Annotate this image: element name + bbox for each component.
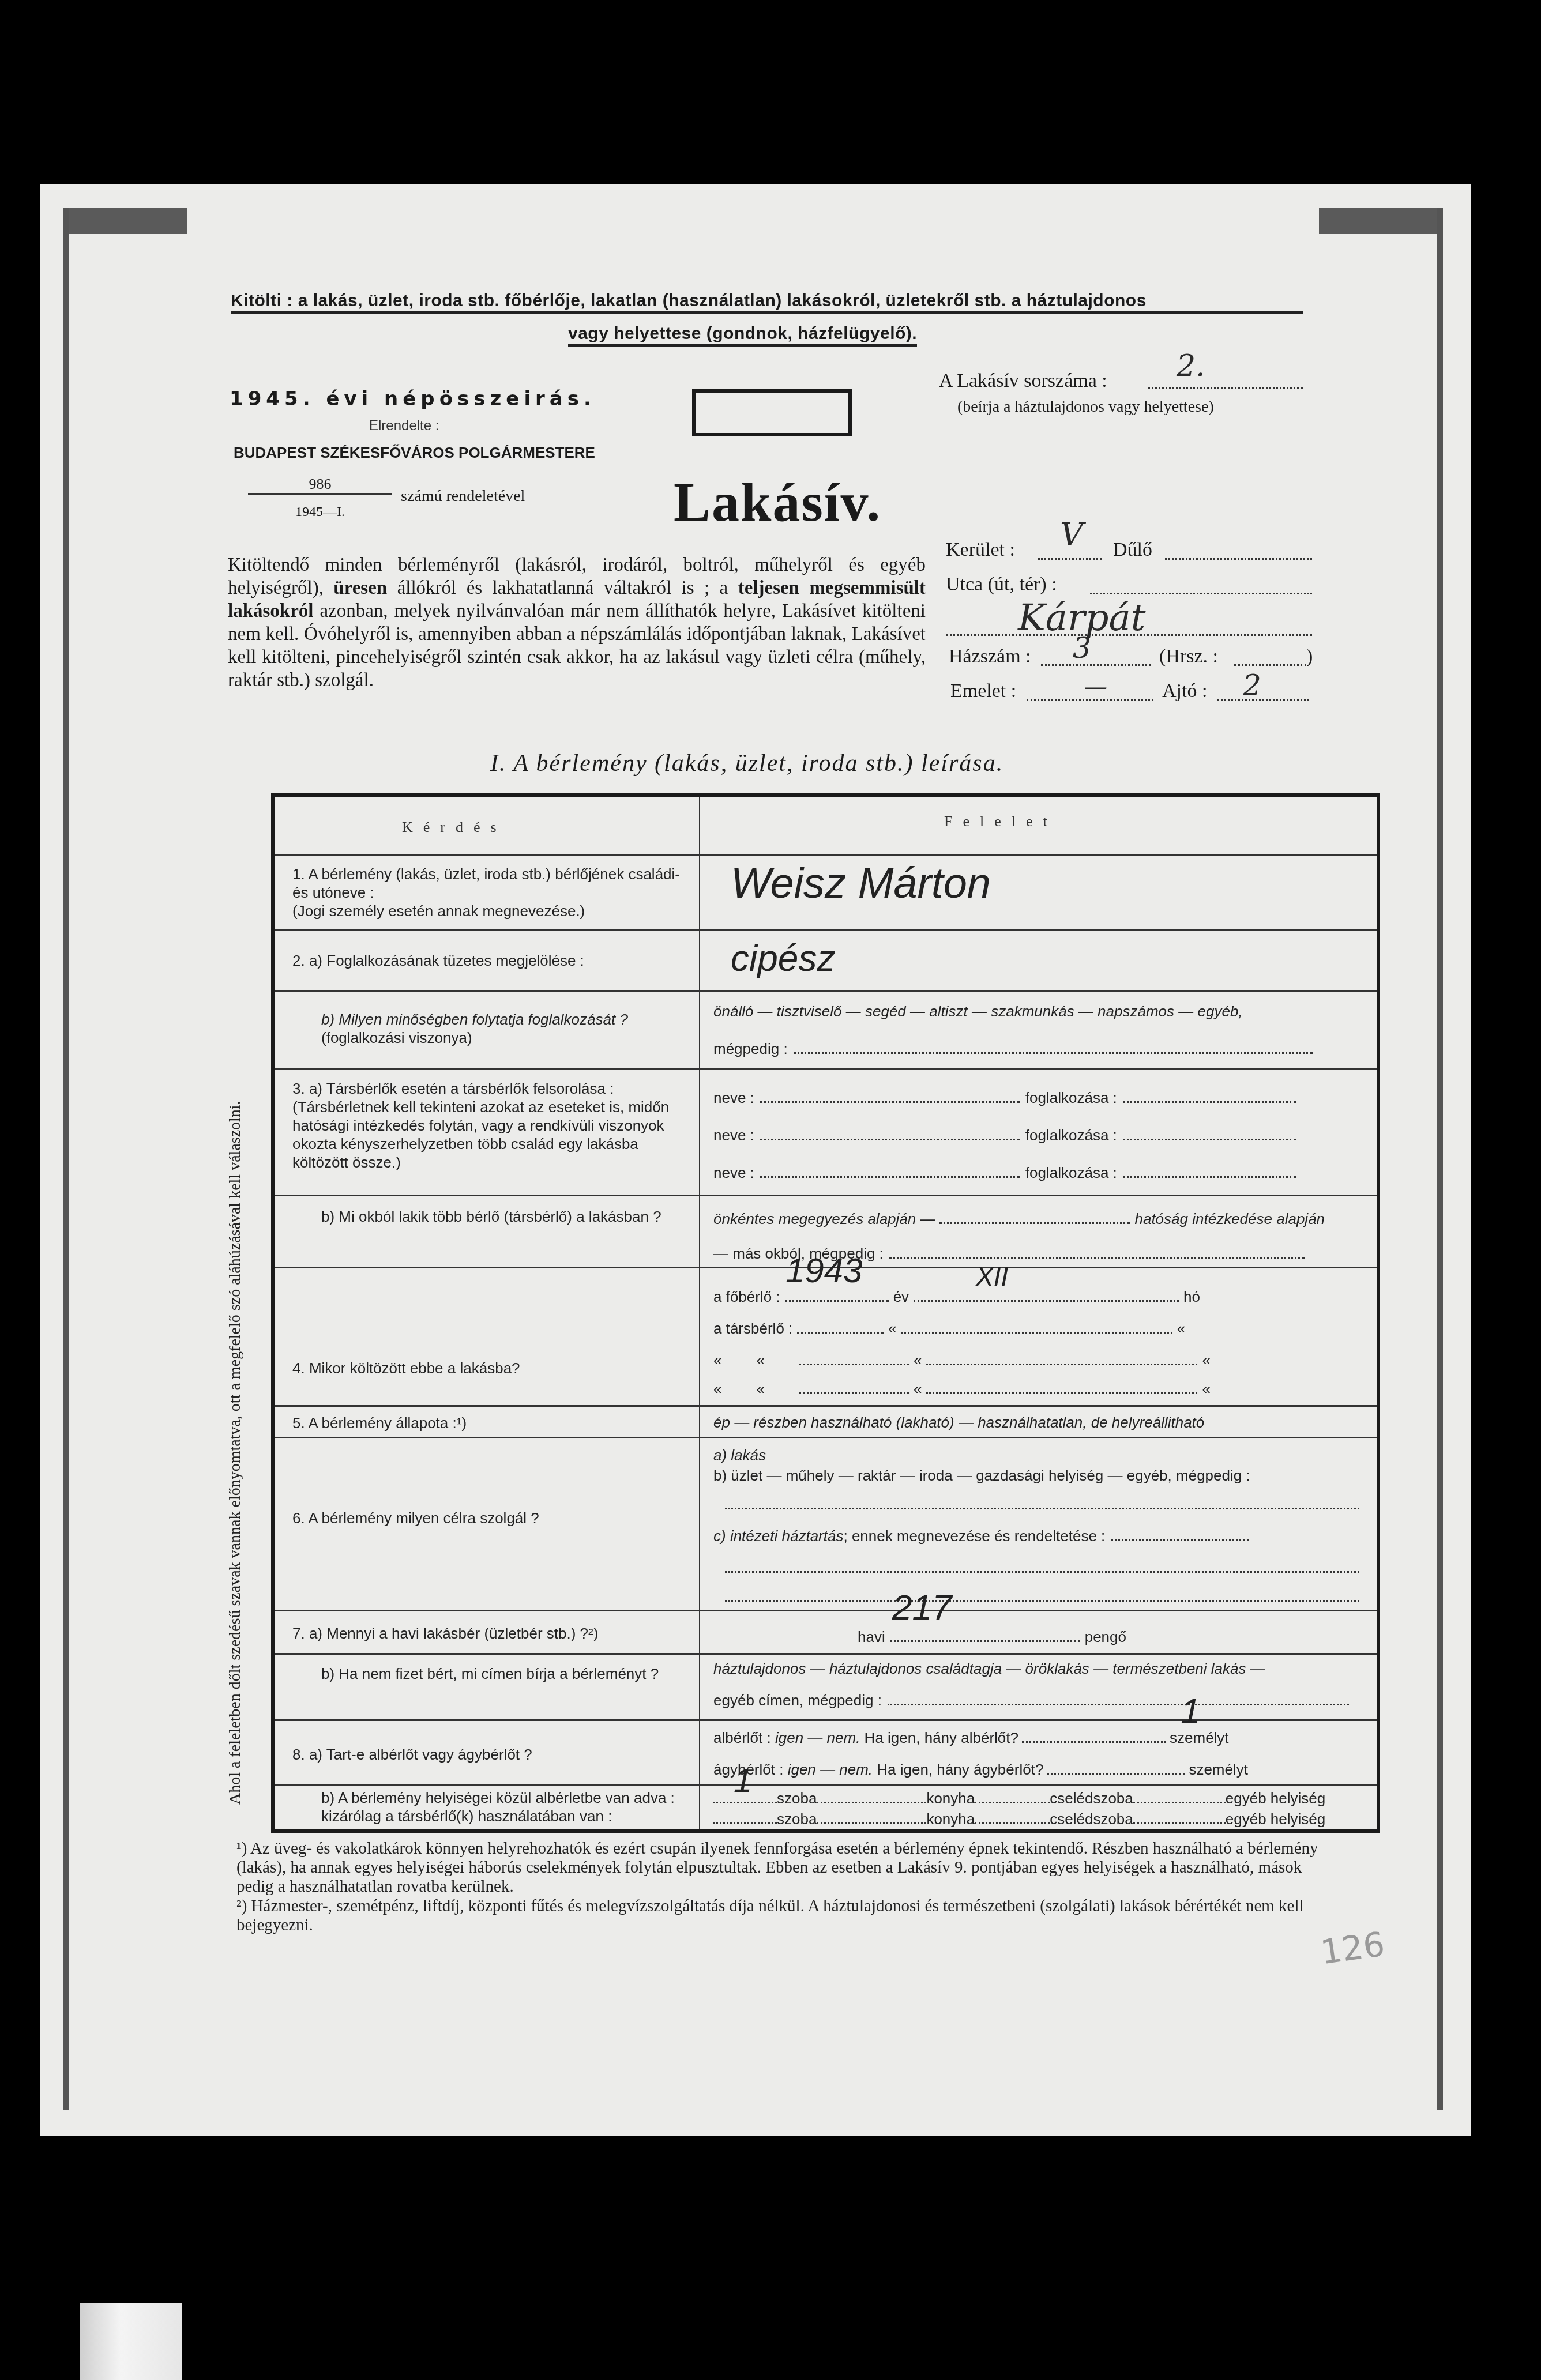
- hrsz-label: (Hrsz. :: [1159, 646, 1218, 668]
- right-edge-line: [1437, 208, 1443, 2110]
- answer-6c-field-1[interactable]: [713, 1558, 1365, 1577]
- answer-6c-institution[interactable]: c) intézeti háztartás; ennek megnevezése…: [713, 1526, 1365, 1546]
- answer-4-cotenant-3[interactable]: ««««: [713, 1379, 1365, 1399]
- question-3a: 3. a) Társbérlők esetén a társbérlők fel…: [292, 1079, 690, 1172]
- serial-note: (beírja a háztulajdonos vagy helyettese): [957, 398, 1214, 416]
- film-strip-edge: [80, 2303, 182, 2380]
- question-5: 5. A bérlemény állapota :¹): [292, 1414, 690, 1432]
- dulo-field[interactable]: [1165, 558, 1312, 560]
- questionnaire-table: Kérdés Felelet 1. A bérlemény (lakás, üz…: [271, 793, 1380, 1833]
- house-number-value: 3: [1073, 631, 1091, 665]
- hrsz-close: ): [1306, 646, 1313, 668]
- floor-label: Emelet :: [950, 680, 1016, 702]
- answer-7a-rent-value: 217: [892, 1598, 1365, 1618]
- door-value: 2: [1243, 669, 1261, 702]
- authority: BUDAPEST SZÉKESFŐVÁROS POLGÁRMESTERE: [234, 444, 595, 462]
- intro-text-2: állókról és lakhatatlanná váltakról is ;…: [397, 578, 728, 598]
- answer-3a-cotenant-1[interactable]: neve :foglalkozása :: [713, 1088, 1365, 1108]
- stamp-box[interactable]: [692, 389, 852, 436]
- answer-8a-subtenant[interactable]: albérlőt : igen — nem. Ha igen, hány alb…: [713, 1728, 1365, 1748]
- answer-3b-reason-line-1[interactable]: önkéntes megegyezés alapján —hatóság int…: [713, 1209, 1365, 1229]
- answer-6b-field[interactable]: [713, 1494, 1365, 1514]
- form-title: Lakásív.: [674, 470, 881, 534]
- street-field[interactable]: [1090, 593, 1312, 594]
- door-label: Ajtó :: [1162, 680, 1207, 702]
- answer-6a-dwelling[interactable]: a) lakás: [713, 1445, 1365, 1465]
- decree-year: 1945—I.: [248, 504, 392, 520]
- answer-4-main-tenant[interactable]: a főbérlő :évhó: [713, 1287, 1365, 1306]
- answer-8b-room-count: 1: [734, 1771, 1365, 1791]
- footnote-2: ²) Házmester-, szemétpénz, liftdíj, közp…: [236, 1897, 1332, 1935]
- section-title: I. A bérlemény (lakás, üzlet, iroda stb.…: [490, 750, 1003, 777]
- header-line-2: vagy helyettese (gondnok, házfelügyelő).: [568, 324, 917, 347]
- question-2a: 2. a) Foglalkozásának tüzetes megjelölés…: [292, 951, 690, 970]
- question-2b: b) Milyen minőségben folytatja foglalkoz…: [292, 1010, 719, 1047]
- header-line-1: Kitölti : a lakás, üzlet, iroda stb. főb…: [231, 291, 1303, 314]
- serial-label: A Lakásív sorszáma :: [939, 370, 1107, 392]
- answer-2a-occupation[interactable]: cipész: [713, 935, 1365, 981]
- district-field[interactable]: [1038, 558, 1102, 560]
- footnote-1: ¹) Az üveg- és vakolatkárok könnyen hely…: [236, 1839, 1332, 1896]
- row-divider: [275, 990, 1377, 992]
- question-7b: b) Ha nem fizet bért, mi címen bírja a b…: [292, 1665, 719, 1683]
- question-1: 1. A bérlemény (lakás, üzlet, iroda stb.…: [292, 865, 690, 920]
- question-8b: b) A bérlemény helyiségei közül albérlet…: [292, 1788, 719, 1825]
- census-title: 1945. évi népösszeirás.: [230, 387, 596, 411]
- column-header-answer: Felelet: [944, 813, 1058, 830]
- answer-2b-megpedig[interactable]: mégpedig :: [713, 1039, 1365, 1059]
- house-number-field[interactable]: [1041, 664, 1151, 666]
- floor-value: —: [1084, 673, 1107, 700]
- serial-field[interactable]: [1148, 387, 1303, 389]
- row-divider: [275, 1653, 1377, 1655]
- answer-4-cotenant-2[interactable]: ««««: [713, 1350, 1365, 1370]
- decree-number: 986: [248, 476, 392, 495]
- row-divider: [275, 1195, 1377, 1196]
- district-label: Kerület :: [946, 539, 1015, 561]
- answer-6b-business[interactable]: b) üzlet — műhely — raktár — iroda — gaz…: [713, 1466, 1365, 1485]
- question-3b: b) Mi okból lakik több bérlő (társbérlő)…: [292, 1207, 719, 1226]
- corner-mark-top-left: [63, 208, 187, 234]
- answer-5-condition[interactable]: ép — részben használható (lakható) — has…: [713, 1413, 1365, 1432]
- answer-3a-cotenant-2[interactable]: neve :foglalkozása :: [713, 1125, 1365, 1145]
- answer-7a-rent[interactable]: havipengő: [713, 1627, 1365, 1647]
- row-divider: [275, 1068, 1377, 1070]
- district-value: V: [1060, 516, 1083, 553]
- row-divider: [275, 929, 1377, 931]
- house-number-label: Házszám :: [949, 646, 1031, 668]
- decree-suffix: számú rendeletével: [401, 487, 525, 506]
- intro-paragraph: Kitöltendő minden bérleményről (lakásról…: [228, 553, 926, 692]
- row-divider: [275, 1437, 1377, 1438]
- answer-7b-title-options[interactable]: háztulajdonos — háztulajdonos családtagj…: [713, 1659, 1365, 1678]
- question-4: 4. Mikor költözött ebbe a lakásba?: [292, 1359, 690, 1377]
- answer-3a-cotenant-3[interactable]: neve :foglalkozása :: [713, 1163, 1365, 1183]
- ordered-by-label: Elrendelte :: [369, 418, 439, 434]
- side-instruction: Ahol a feleletben dőlt szedésű szavak va…: [226, 1101, 245, 1805]
- street-label: Utca (út, tér) :: [946, 574, 1057, 596]
- corner-mark-top-right: [1319, 208, 1443, 234]
- left-edge-line: [63, 208, 69, 2110]
- intro-text-3: azonban, melyek nyilvánvalóan már nem ál…: [228, 601, 926, 691]
- row-divider: [275, 1405, 1377, 1407]
- answer-4-month: XII: [976, 1267, 1365, 1286]
- answer-1-tenant-name[interactable]: Weisz Márton: [713, 854, 1365, 912]
- question-6: 6. A bérlemény milyen célra szolgál ?: [292, 1509, 690, 1527]
- answer-4-cotenant-1[interactable]: a társbérlő :««: [713, 1319, 1365, 1338]
- answer-8a-subtenant-count: 1: [1181, 1702, 1365, 1722]
- answer-8b-cotenant-rooms[interactable]: szobakonyhacselédszobaegyéb helyiség: [713, 1809, 1365, 1829]
- serial-value: 2.: [1177, 349, 1205, 383]
- question-8a: 8. a) Tart-e albérlőt vagy ágybérlőt ?: [292, 1745, 690, 1764]
- answer-2b-options[interactable]: önálló — tisztviselő — segéd — altiszt —…: [713, 1001, 1365, 1021]
- question-7a: 7. a) Mennyi a havi lakásbér (üzletbér s…: [292, 1624, 690, 1643]
- column-header-question: Kérdés: [402, 819, 507, 836]
- dulo-label: Dűlő: [1113, 539, 1152, 561]
- intro-bold-1: üresen: [333, 578, 387, 598]
- door-field[interactable]: [1217, 699, 1309, 701]
- answer-8b-subleased-rooms[interactable]: szobakonyhacselédszobaegyéb helyiség: [713, 1788, 1365, 1808]
- hrsz-field[interactable]: [1234, 664, 1306, 666]
